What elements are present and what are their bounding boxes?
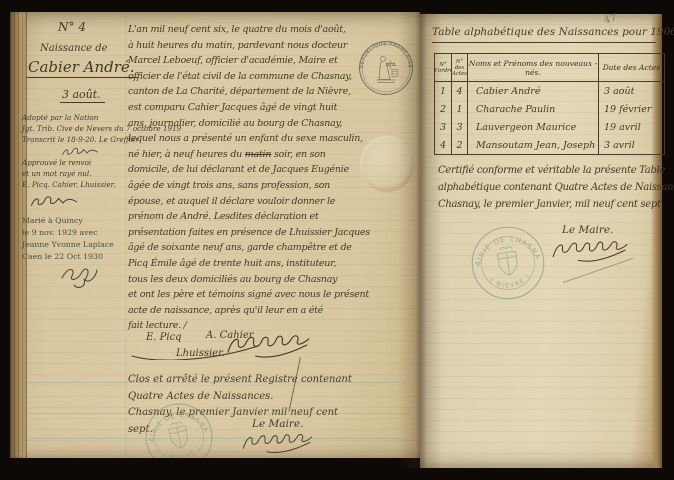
margin-act-date: 3 août.	[60, 88, 105, 103]
embossed-seal	[360, 136, 414, 192]
witness-signature-lhuissier: Lhuissier.	[176, 348, 225, 359]
birth-act-text: L'an mil neuf cent six, le quatre du moi…	[128, 22, 344, 334]
teal-streak	[28, 438, 406, 439]
cell-acte: 4	[452, 82, 468, 100]
cell-name: Lauvergeon Maurice	[468, 118, 599, 136]
col-header-names: Noms et Prénoms des nouveaux - nés.	[468, 54, 599, 82]
closing-line: Clos et arrêté le présent Registre conte…	[128, 372, 358, 389]
cell-acte: 1	[452, 100, 468, 118]
cell-order: 3	[435, 118, 452, 136]
svg-text:MAIRIE DE CHASNAY: MAIRIE DE CHASNAY	[465, 220, 542, 270]
marriage-note-line: Jeanne Yvonne Laplace	[22, 239, 114, 251]
teal-streak	[26, 382, 406, 383]
mairie-stamp-bottom-text: ( NIÈVRE )	[161, 444, 204, 458]
act-line: ans, journalier, domicilié au bourg de C…	[128, 116, 344, 132]
cell-order: 1	[435, 82, 452, 100]
act-line: L'an mil neuf cent six, le quatre du moi…	[128, 22, 344, 38]
cell-date: 3 août	[599, 82, 664, 100]
certification-line: Chasnay, le premier Janvier, mil neuf ce…	[438, 196, 662, 213]
register-right-page: 47 Table alphabétique des Naissances pou…	[420, 14, 662, 468]
closing-line: Quatre Actes de Naissances.	[128, 389, 358, 406]
act-line: canton de La Charité, département de la …	[128, 84, 344, 100]
act-line: âgée de vingt trois ans, sans profession…	[128, 178, 344, 194]
mairie-stamp-bottom-text: ( NIÈVRE )	[488, 271, 534, 292]
svg-text:RÉPUBLIQUE FRANÇAISE: RÉPUBLIQUE FRANÇAISE	[358, 41, 413, 68]
margin-record-type: Naissance de	[40, 43, 108, 54]
act-line: tous les deux domiciliés au bourg de Cha…	[128, 272, 344, 288]
republique-francaise-stamp: RÉPUBLIQUE FRANÇAISE	[356, 38, 416, 98]
act-line: à huit heures du matin, pardevant nous d…	[128, 38, 344, 54]
cell-acte: 3	[452, 118, 468, 136]
table-title: Table alphabétique des Naissances pour 1…	[432, 26, 656, 43]
mairie-stamp-top-text: MAIRIE DE CHASNAY	[465, 220, 542, 270]
witness-signature-picq: E. Picq	[146, 332, 182, 343]
struck-word: matin	[245, 149, 271, 160]
act-line: domicile, de lui déclarant et de Jacques…	[128, 162, 344, 178]
act-line: prénom de André. Lesdites déclaration et	[128, 209, 344, 225]
margin-act-number: N° 4	[58, 20, 86, 34]
margin-person-name: Cabier André.	[27, 58, 138, 78]
marriage-note: Marié à Quincy le 9 nov. 1929 avec Jeann…	[22, 215, 114, 263]
cell-order: 2	[435, 100, 452, 118]
act-line-post: soir, en son	[271, 149, 325, 160]
cell-order: 4	[435, 136, 452, 154]
book-photo: N° 4 Naissance de Cabier André. 3 août. …	[0, 0, 674, 480]
act-line: Picq Émile âgé de trente huit ans, insti…	[128, 256, 344, 272]
act-line: et ont les père et témoins signé avec no…	[128, 287, 344, 303]
certification-line: Certifié conforme et véritable la présen…	[438, 162, 662, 179]
republique-stamp-text: RÉPUBLIQUE FRANÇAISE	[358, 41, 413, 68]
closing-signoff: Le Maire.	[252, 418, 303, 430]
act-line-pre: né hier, à neuf heures du	[128, 149, 245, 160]
act-line: officier de l'état civil de la commune d…	[128, 69, 344, 85]
col-header-acte: N° des Actes	[452, 54, 468, 82]
col-header-order: N° d'ordre	[435, 54, 452, 82]
cell-acte: 2	[452, 136, 468, 154]
mayor-signature-scrawl-table	[538, 238, 643, 266]
cell-name: Cabier André	[468, 82, 599, 100]
cell-date: 19 février	[599, 100, 664, 118]
teal-streak	[24, 413, 412, 414]
cell-name: Charache Paulin	[468, 100, 599, 118]
certification-signoff: Le Maire.	[562, 224, 613, 236]
certification-line: alphabétique contenant Quatre Actes de N…	[438, 179, 662, 196]
marriage-note-line: le 9 nov. 1929 avec	[22, 227, 114, 239]
marriage-note-line: Caen le 22 Oct 1930	[22, 251, 114, 263]
col-header-date: Date des Actes	[599, 54, 664, 82]
act-line: présentation faites en présence de Lhuis…	[128, 225, 344, 241]
cell-date: 19 avril	[599, 118, 664, 136]
act-line: acte de naissance, après qu'il leur en a…	[128, 303, 344, 319]
act-line-with-correction: né hier, à neuf heures du matin soir, en…	[128, 147, 344, 163]
svg-text:( NIÈVRE ): ( NIÈVRE )	[488, 271, 534, 292]
act-line: Marcel Leboeuf, officier d'académie, Mai…	[128, 53, 344, 69]
greffier-signature-scrawl	[58, 146, 102, 160]
births-table: N° d'ordre N° des Actes Noms et Prénoms …	[434, 53, 665, 155]
act-line: lequel nous a présenté un enfant du sexe…	[128, 131, 344, 147]
marriage-signature-scrawl	[58, 264, 98, 290]
cell-date: 3 avril	[599, 136, 664, 154]
certification-statement: Certifié conforme et véritable la présen…	[438, 162, 662, 213]
register-left-page: N° 4 Naissance de Cabier André. 3 août. …	[10, 12, 420, 458]
officials-signature-scrawl	[28, 194, 80, 212]
act-line: épouse, et auquel il déclare vouloir don…	[128, 194, 344, 210]
act-line: est comparu Cahier Jacques âgé de vingt …	[128, 100, 344, 116]
cell-name: Mansoutam Jean, Joseph	[468, 136, 599, 154]
marriage-note-line: Marié à Quincy	[22, 215, 114, 227]
act-line: âgé de soixante neuf ans, garde champêtr…	[128, 240, 344, 256]
page-number: 47	[603, 13, 618, 27]
mayor-signature-scrawl-closing	[228, 431, 328, 457]
margin-crease	[125, 12, 126, 458]
svg-text:( NIÈVRE ): ( NIÈVRE )	[161, 444, 204, 458]
